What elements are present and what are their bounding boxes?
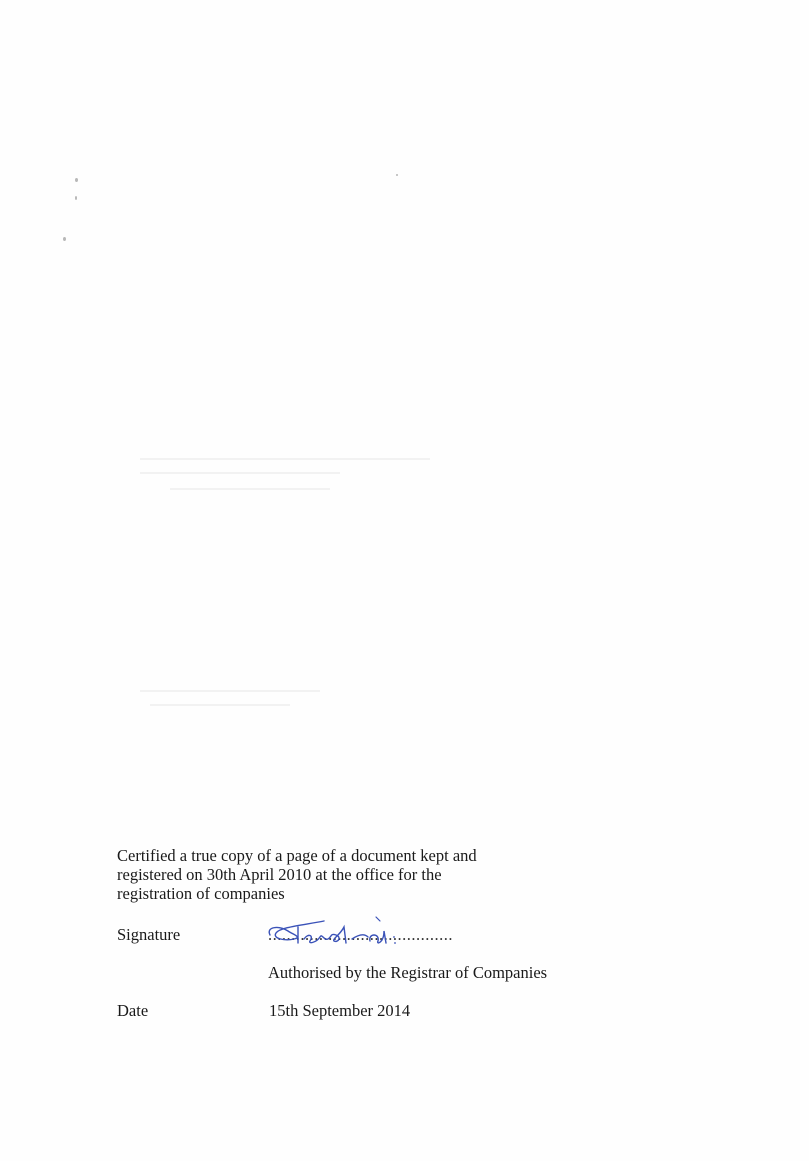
certification-line: Certified a true copy of a page of a doc… <box>117 846 537 865</box>
certification-statement: Certified a true copy of a page of a doc… <box>117 846 537 903</box>
certification-line: registered on 30th April 2010 at the off… <box>117 865 537 884</box>
bleed-through-text <box>140 458 430 460</box>
bleed-through-text <box>170 488 330 490</box>
scan-speck <box>75 196 77 200</box>
bleed-through-text <box>150 704 290 706</box>
date-label: Date <box>117 1001 148 1020</box>
bleed-through-text <box>140 472 340 474</box>
signature-label: Signature <box>117 925 180 944</box>
scan-speck <box>63 237 66 241</box>
handwritten-signature-icon <box>264 913 414 949</box>
date-value: 15th September 2014 <box>269 1001 410 1020</box>
document-page: Certified a true copy of a page of a doc… <box>0 0 809 1161</box>
certification-line: registration of companies <box>117 884 537 903</box>
authorised-by-text: Authorised by the Registrar of Companies <box>268 963 547 982</box>
bleed-through-text <box>140 690 320 692</box>
scan-speck <box>396 174 398 176</box>
scan-speck <box>75 178 78 182</box>
signature-field: ........................................ <box>268 925 468 944</box>
